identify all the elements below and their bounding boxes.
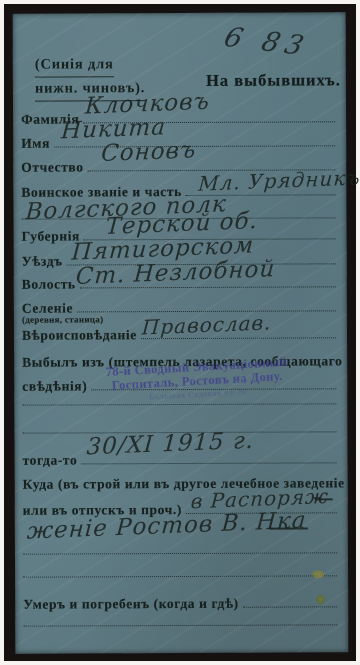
field-religion-label: Вѣроисповѣданіе	[22, 327, 137, 344]
paper-stain	[312, 570, 324, 578]
field-firstname-label: Имя	[21, 136, 50, 152]
dotted-line	[23, 552, 337, 554]
hospital-record-card: 6 83 (Синія для нижн. чиновъ). На выбывш…	[13, 12, 349, 653]
field-patronymic-value: Соновъ	[100, 137, 197, 167]
dotted-line	[77, 297, 336, 312]
field-district-label: Уѣздъ	[22, 254, 63, 270]
dotted-line	[22, 403, 336, 405]
field-volost-label: Волость	[22, 276, 76, 292]
discharge-date-label: тогда-то	[23, 452, 78, 468]
dotted-line	[23, 624, 337, 626]
paper-stain	[316, 594, 325, 604]
field-province-label: Губернія	[22, 228, 80, 244]
field-patronymic-label: Отчество	[21, 159, 83, 175]
field-settlement-sublabel: (деревня, станица)	[22, 314, 103, 324]
handwritten-dash	[315, 498, 333, 500]
handwritten-dash	[270, 527, 308, 529]
discharge-label-line2-text: свѣдѣнія)	[22, 378, 87, 394]
dotted-line	[23, 575, 337, 577]
death-label: Умеръ и погребенъ (когда и гдѣ)	[23, 596, 239, 613]
card-title: На выбывшихъ.	[206, 70, 341, 91]
corner-note-line1: (Синія для	[35, 53, 114, 77]
registry-number-handwritten: 6 83	[220, 22, 313, 62]
death-row: Умеръ и погребенъ (когда и гдѣ)	[23, 593, 337, 614]
scanned-photo-frame: 6 83 (Синія для нижн. чиновъ). На выбывш…	[0, 0, 360, 665]
